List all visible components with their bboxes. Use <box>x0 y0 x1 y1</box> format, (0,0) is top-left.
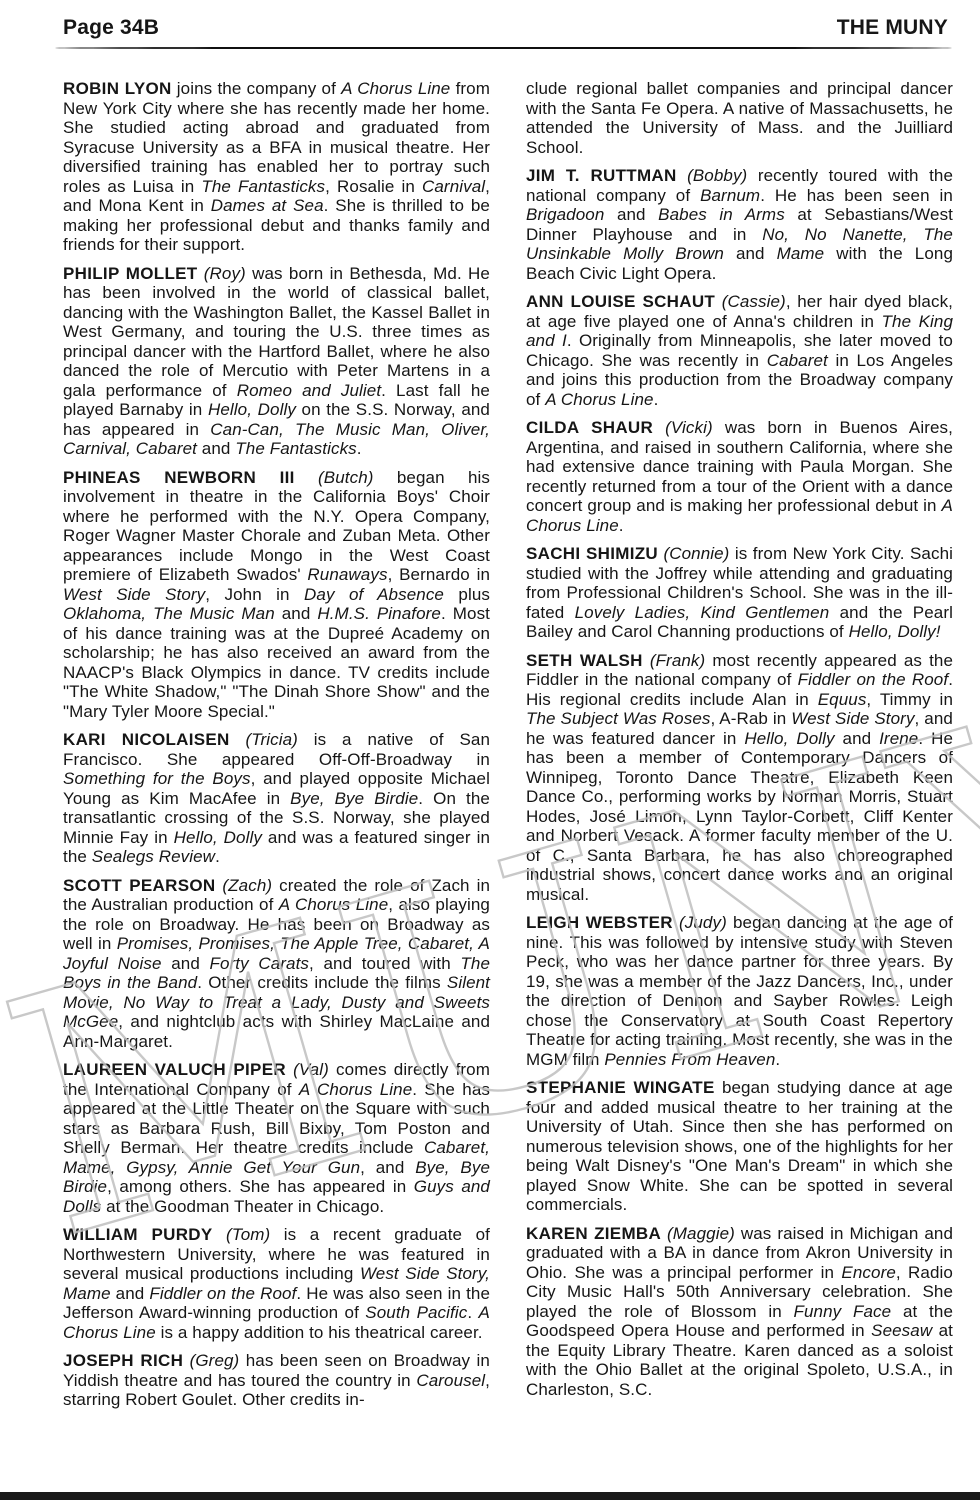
bio-text: clude regional ballet companies and prin… <box>526 79 953 157</box>
bio-text: and <box>275 604 318 623</box>
bio-title-italic: Romeo and Juliet <box>237 381 381 400</box>
bio-title-italic: Day of Absence <box>304 585 444 604</box>
bio-entry: JIM T. RUTTMAN (Bobby) recently toured w… <box>526 166 953 283</box>
bio-text: . <box>619 516 624 535</box>
bio-title-italic: Dames at Sea <box>211 196 324 215</box>
column-right: clude regional ballet companies and prin… <box>526 79 953 1419</box>
bio-name: PHINEAS NEWBORN III <box>63 468 295 487</box>
bio-role: (Frank) <box>650 651 705 670</box>
bio-text: . He has been seen in <box>760 186 953 205</box>
bio-columns: ROBIN LYON joins the company of A Chorus… <box>0 49 980 1419</box>
bio-role: (Maggie) <box>667 1224 735 1243</box>
bio-title-italic: Hello, Dolly <box>208 400 296 419</box>
bio-title-italic: Fiddler on the Roof <box>149 1284 296 1303</box>
bio-name: CILDA SHAUR <box>526 418 653 437</box>
bio-text: , Timmy in <box>866 690 953 709</box>
bio-title-italic: Barnum <box>700 186 760 205</box>
bio-text: , among others. She has appeared in <box>107 1177 414 1196</box>
bio-entry: PHILIP MOLLET (Roy) was born in Bethesda… <box>63 264 490 459</box>
bio-title-italic: Fiddler on the Roof <box>798 670 949 689</box>
bio-entry: PHINEAS NEWBORN III (Butch) began his in… <box>63 468 490 722</box>
bio-title-italic: Hello, Dolly <box>174 828 262 847</box>
bio-name: LAUREEN VALUCH PIPER <box>63 1060 286 1079</box>
bio-role: (Val) <box>293 1060 329 1079</box>
bio-title-italic: The Fantasticks <box>235 439 357 458</box>
bio-title-italic: West Side Story <box>63 585 205 604</box>
bio-role: (Bobby) <box>687 166 747 185</box>
bio-name: PHILIP MOLLET <box>63 264 197 283</box>
bio-role: (Judy) <box>679 913 727 932</box>
bio-text: and <box>162 954 210 973</box>
page-header: Page 34B THE MUNY <box>0 0 980 40</box>
bio-role: (Cassie) <box>722 292 786 311</box>
bio-text: and <box>111 1284 150 1303</box>
bio-title-italic: Runaways <box>307 565 387 584</box>
program-page: Page 34B THE MUNY ROBIN LYON joins the c… <box>0 0 980 1500</box>
bio-text: . He has been a member of Contemporary D… <box>526 729 953 904</box>
bio-title-italic: The Fantasticks <box>201 177 325 196</box>
bio-title-italic: Brigadoon <box>526 205 604 224</box>
bio-text: and <box>197 439 235 458</box>
bio-entry: ROBIN LYON joins the company of A Chorus… <box>63 79 490 255</box>
bio-entry: clude regional ballet companies and prin… <box>526 79 953 157</box>
bio-name: KARI NICOLAISEN <box>63 730 230 749</box>
scan-edge <box>0 1492 980 1500</box>
bio-title-italic: Hello, Dolly! <box>849 622 941 641</box>
bio-text: . Other credits include the films <box>197 973 447 992</box>
bio-role: (Roy) <box>204 264 246 283</box>
bio-role: (Butch) <box>318 468 374 487</box>
bio-entry: SCOTT PEARSON (Zach) created the role of… <box>63 876 490 1052</box>
bio-title-italic: A Chorus Line <box>299 1080 412 1099</box>
bio-title-italic: H.M.S. Pinafore <box>317 604 441 623</box>
bio-title-italic: Lovely Ladies, Kind Gentlemen <box>575 603 830 622</box>
column-left: ROBIN LYON joins the company of A Chorus… <box>63 79 490 1419</box>
bio-entry: LAUREEN VALUCH PIPER (Val) comes directl… <box>63 1060 490 1216</box>
bio-entry: LEIGH WEBSTER (Judy) began dancing at th… <box>526 913 953 1069</box>
bio-title-italic: A Chorus Line <box>545 390 653 409</box>
bio-text: . <box>654 390 659 409</box>
bio-title-italic: Equus <box>818 690 867 709</box>
bio-title-italic: South Pacific <box>365 1303 467 1322</box>
bio-text: . <box>467 1303 478 1322</box>
bio-name: KAREN ZIEMBA <box>526 1224 661 1243</box>
bio-title-italic: West Side Story <box>791 709 914 728</box>
bio-title-italic: A Chorus Line <box>279 895 388 914</box>
bio-title-italic: Carnival <box>422 177 485 196</box>
bio-title-italic: Mame <box>777 244 825 263</box>
bio-entry: CILDA SHAUR (Vicki) was born in Buenos A… <box>526 418 953 535</box>
bio-text: , and toured with <box>309 954 460 973</box>
bio-name: SETH WALSH <box>526 651 643 670</box>
bio-title-italic: Sealegs Review <box>92 847 215 866</box>
bio-title-italic: Encore <box>841 1263 895 1282</box>
bio-name: LEIGH WEBSTER <box>526 913 673 932</box>
bio-title-italic: Something for the Boys <box>63 769 251 788</box>
bio-name: ROBIN LYON <box>63 79 172 98</box>
bio-role: (Connie) <box>663 544 729 563</box>
bio-text: , Rosalie in <box>325 177 422 196</box>
bio-text: , A-Rab in <box>710 709 791 728</box>
bio-title-italic: The Subject Was Roses <box>526 709 710 728</box>
bio-text: and <box>724 244 777 263</box>
bio-name: WILLIAM PURDY <box>63 1225 213 1244</box>
bio-entry: STEPHANIE WINGATE began studying dance a… <box>526 1078 953 1215</box>
bio-name: ANN LOUISE SCHAUT <box>526 292 715 311</box>
bio-role: (Tricia) <box>245 730 297 749</box>
bio-text: . <box>357 439 362 458</box>
bio-text: , and <box>360 1158 415 1177</box>
bio-role: (Vicki) <box>665 418 713 437</box>
bio-title-italic: A Chorus Line <box>341 79 450 98</box>
bio-title-italic: Forty Carats <box>210 954 310 973</box>
bio-text: and <box>835 729 879 748</box>
bio-title-italic: Cabaret <box>767 351 828 370</box>
bio-text: , and nightclub acts with Shirley MacLai… <box>63 1012 490 1051</box>
bio-text: plus <box>444 585 490 604</box>
bio-text: , John in <box>205 585 304 604</box>
publication-title: THE MUNY <box>837 16 948 40</box>
bio-name: STEPHANIE WINGATE <box>526 1078 715 1097</box>
bio-name: SACHI SHIMIZU <box>526 544 658 563</box>
bio-title-italic: Funny Face <box>794 1302 892 1321</box>
bio-name: JOSEPH RICH <box>63 1351 183 1370</box>
bio-role: (Tom) <box>226 1225 270 1244</box>
bio-text: at the Goodman Theater in Chicago. <box>101 1197 384 1216</box>
bio-entry: SACHI SHIMIZU (Connie) is from New York … <box>526 544 953 642</box>
bio-title-italic: Pennies From Heaven <box>604 1050 775 1069</box>
bio-role: (Zach) <box>222 876 272 895</box>
bio-title-italic: Bye, Bye Birdie <box>290 789 418 808</box>
bio-entry: KAREN ZIEMBA (Maggie) was raised in Mich… <box>526 1224 953 1400</box>
bio-title-italic: Seesaw <box>871 1321 932 1340</box>
bio-text: began studying dance at age four and add… <box>526 1078 953 1214</box>
bio-text: is a happy addition to his theatrical ca… <box>156 1323 483 1342</box>
bio-title-italic: Oklahoma, The Music Man <box>63 604 275 623</box>
bio-entry: WILLIAM PURDY (Tom) is a recent graduate… <box>63 1225 490 1342</box>
bio-name: SCOTT PEARSON <box>63 876 215 895</box>
bio-text: . <box>215 847 220 866</box>
bio-title-italic: Hello, Dolly <box>744 729 834 748</box>
bio-text: and <box>604 205 658 224</box>
page-number-label: Page 34B <box>63 16 159 40</box>
bio-text: joins the company of <box>172 79 342 98</box>
bio-text: , Bernardo in <box>388 565 490 584</box>
bio-text: began dancing at the age of nine. This w… <box>526 913 953 1069</box>
bio-title-italic: Carousel <box>416 1371 485 1390</box>
bio-text: . <box>775 1050 780 1069</box>
bio-title-italic: Irene <box>879 729 918 748</box>
bio-title-italic: Babes in Arms <box>658 205 785 224</box>
bio-role: (Greg) <box>190 1351 240 1370</box>
bio-entry: KARI NICOLAISEN (Tricia) is a native of … <box>63 730 490 867</box>
bio-entry: SETH WALSH (Frank) most recently appeare… <box>526 651 953 905</box>
bio-name: JIM T. RUTTMAN <box>526 166 677 185</box>
bio-text: was born in Bethesda, Md. He has been in… <box>63 264 490 400</box>
bio-entry: JOSEPH RICH (Greg) has been seen on Broa… <box>63 1351 490 1410</box>
bio-entry: ANN LOUISE SCHAUT (Cassie), her hair dye… <box>526 292 953 409</box>
